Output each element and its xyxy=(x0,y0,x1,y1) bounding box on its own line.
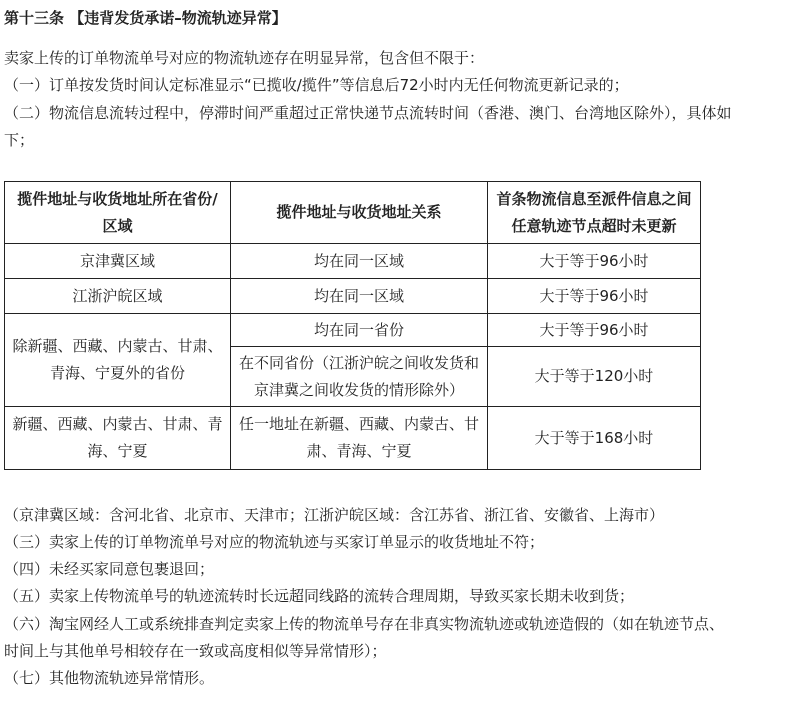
item-7: （七）其他物流轨迹异常情形。 xyxy=(4,668,214,688)
item-6-cont: 时间上与其他单号相较存在一致或高度相似等异常情形）； xyxy=(4,641,387,661)
item-6: （六）淘宝网经人工或系统排查判定卖家上传的物流单号存在非真实物流轨迹或轨迹造假的… xyxy=(4,614,724,634)
table-header-row: 揽件地址与收货地址所在省份/区域 揽件地址与收货地址关系 首条物流信息至派件信息… xyxy=(5,182,701,244)
table-row: 除新疆、西藏、内蒙古、甘肃、青海、宁夏外的省份 均在同一省份 大于等于96小时 xyxy=(5,314,701,347)
header-relation: 揽件地址与收货地址关系 xyxy=(231,182,488,244)
cell-relation: 均在同一省份 xyxy=(231,314,488,347)
table-row: 京津冀区域 均在同一区域 大于等于96小时 xyxy=(5,244,701,279)
timeout-threshold-table: 揽件地址与收货地址所在省份/区域 揽件地址与收货地址关系 首条物流信息至派件信息… xyxy=(4,181,701,470)
item-1: （一）订单按发货时间认定标准显示“已揽收/揽件”等信息后72小时内无任何物流更新… xyxy=(4,75,629,95)
cell-threshold: 大于等于96小时 xyxy=(488,279,701,314)
cell-threshold: 大于等于168小时 xyxy=(488,407,701,470)
item-4: （四）未经买家同意包裹退回； xyxy=(4,559,214,579)
cell-region: 江浙沪皖区域 xyxy=(5,279,231,314)
cell-relation: 均在同一区域 xyxy=(231,244,488,279)
item-3: （三）卖家上传的订单物流单号对应的物流轨迹与买家订单显示的收货地址不符； xyxy=(4,532,544,552)
item-5: （五）卖家上传物流单号的轨迹流转时长远超同线路的流转合理周期，导致买家长期未收到… xyxy=(4,586,634,606)
cell-threshold: 大于等于120小时 xyxy=(488,347,701,407)
item-2-cont: 下； xyxy=(4,130,34,150)
cell-region: 除新疆、西藏、内蒙古、甘肃、青海、宁夏外的省份 xyxy=(5,314,231,407)
cell-relation: 在不同省份（江浙沪皖之间收发货和京津冀之间收发货的情形除外） xyxy=(231,347,488,407)
header-threshold: 首条物流信息至派件信息之间任意轨迹节点超时未更新 xyxy=(488,182,701,244)
cell-region: 京津冀区域 xyxy=(5,244,231,279)
cell-relation: 均在同一区域 xyxy=(231,279,488,314)
header-region: 揽件地址与收货地址所在省份/区域 xyxy=(5,182,231,244)
article-title: 第十三条 【违背发货承诺–物流轨迹异常】 xyxy=(4,8,287,28)
item-2: （二）物流信息流转过程中，停滞时间严重超过正常快递节点流转时间（香港、澳门、台湾… xyxy=(4,103,732,123)
table-row: 江浙沪皖区域 均在同一区域 大于等于96小时 xyxy=(5,279,701,314)
region-note: （京津冀区域：含河北省、北京市、天津市；江浙沪皖区域：含江苏省、浙江省、安徽省、… xyxy=(4,505,664,525)
cell-threshold: 大于等于96小时 xyxy=(488,244,701,279)
intro-text: 卖家上传的订单物流单号对应的物流轨迹存在明显异常，包含但不限于： xyxy=(4,48,484,68)
table-row: 新疆、西藏、内蒙古、甘肃、青海、宁夏 任一地址在新疆、西藏、内蒙古、甘肃、青海、… xyxy=(5,407,701,470)
cell-relation: 任一地址在新疆、西藏、内蒙古、甘肃、青海、宁夏 xyxy=(231,407,488,470)
cell-region: 新疆、西藏、内蒙古、甘肃、青海、宁夏 xyxy=(5,407,231,470)
cell-threshold: 大于等于96小时 xyxy=(488,314,701,347)
